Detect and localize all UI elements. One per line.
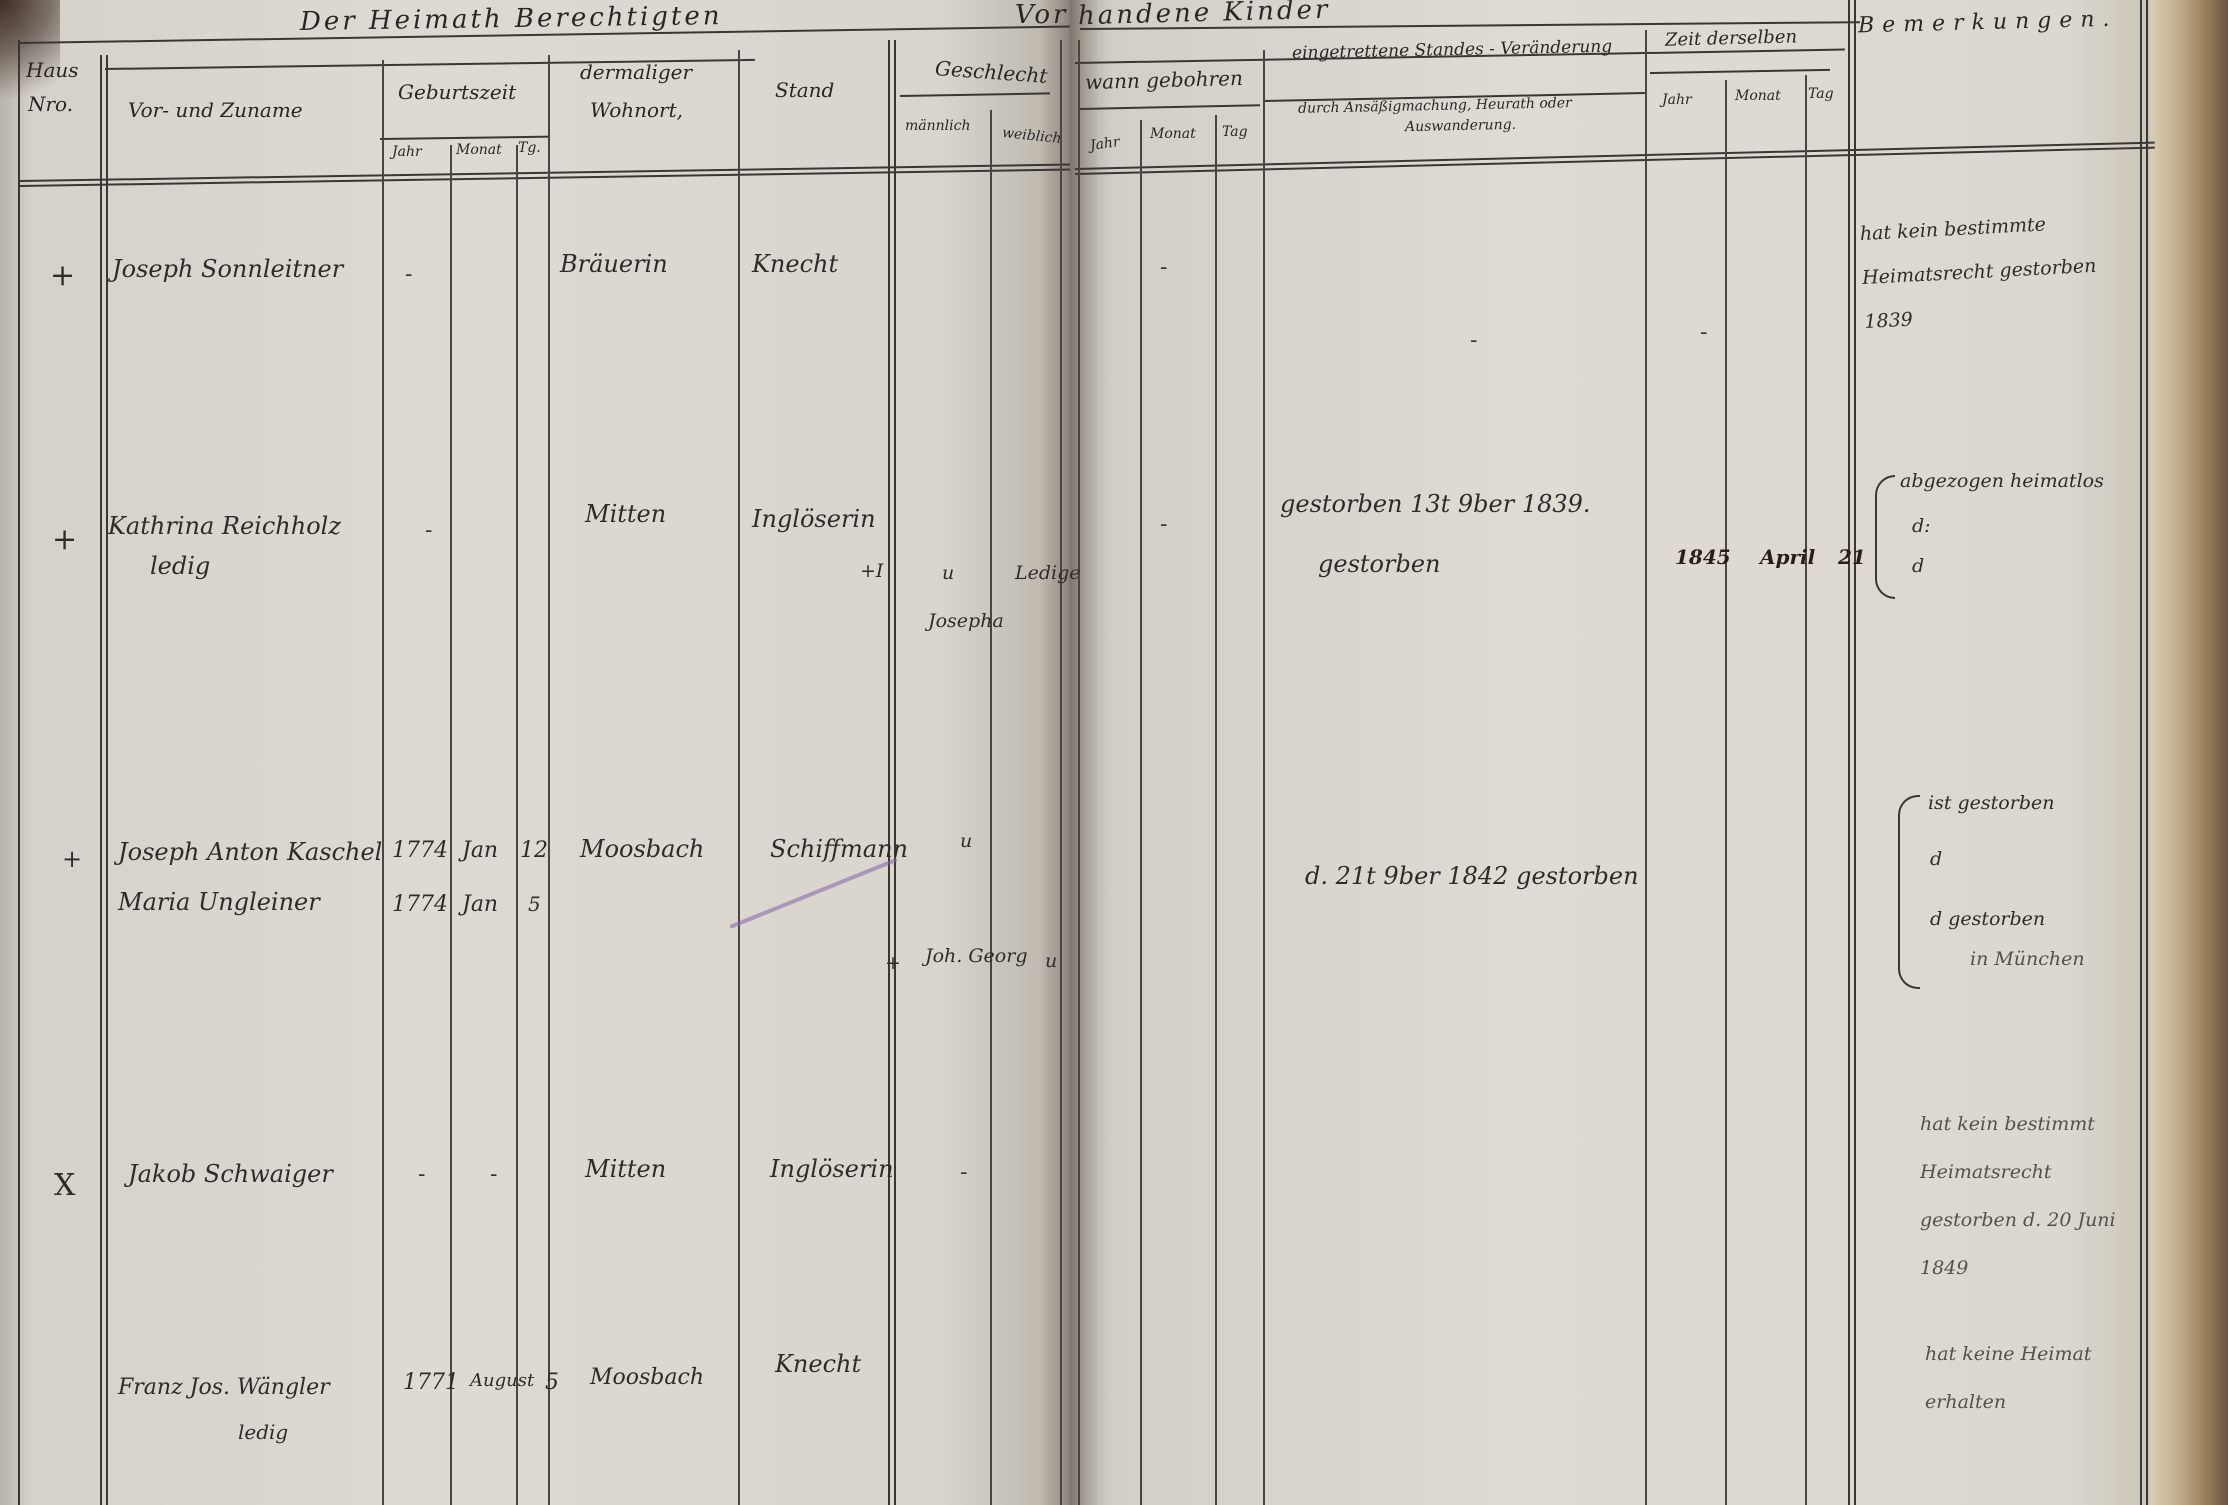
entry-3-birth-year: 1774: [392, 838, 448, 863]
header-birth-year: Jahr: [392, 144, 422, 160]
entry-4-status: Inglöserin: [770, 1155, 894, 1183]
entry-2-child-name: Josepha: [928, 610, 1004, 632]
header-time-day: Tag: [1808, 86, 1834, 102]
col-status-divider: [888, 40, 890, 1505]
entry-2-remarks-line3: d: [1912, 555, 1924, 577]
entry-5-name-line2: ledig: [238, 1420, 288, 1444]
header-time-month: Monat: [1735, 88, 1781, 104]
entry-5-status: Knecht: [775, 1350, 861, 1378]
col-child-month-divider: [1215, 115, 1217, 1505]
header-male: männlich: [905, 118, 970, 134]
header-birth-day: Tg.: [518, 140, 541, 156]
entry-1-name: Joseph Sonnleitner: [112, 255, 343, 283]
entry-2-remarks-brace: [1875, 475, 1895, 599]
header-birth: Geburtszeit: [398, 80, 516, 104]
entry-3-birth-month-2: Jan: [462, 892, 498, 917]
entry-2-mark: +: [52, 522, 77, 557]
entry-3-child-name: Joh. Georg: [925, 945, 1027, 967]
entry-3-birth-year-2: 1774: [392, 892, 448, 917]
register-book: Der Heimath Berechtigten Haus Nro. Vor- …: [0, 0, 2228, 1505]
header-time-same: Zeit derselben: [1665, 26, 1798, 50]
header-status: Stand: [775, 78, 834, 102]
entry-4-remarks: hat kein bestimmt Heimatsrecht gestorben…: [1920, 1100, 2130, 1292]
left-page: [0, 0, 1070, 1505]
header-birth-month: Monat: [456, 142, 502, 158]
col-time-month-divider: [1805, 75, 1807, 1505]
entry-2-remarks-line2: d:: [1912, 515, 1931, 537]
entry-4-birth-year: -: [418, 1162, 425, 1187]
entry-3-remarks-line3: d gestorben: [1930, 908, 2045, 930]
col-birth-month-divider: [516, 145, 518, 1505]
entry-1-residence: Bräuerin: [560, 250, 668, 278]
col-birth-day-divider: [548, 55, 550, 1505]
entry-3-status: Schiffmann: [770, 835, 908, 863]
entry-3-birth-day: 12: [520, 838, 548, 863]
entry-2-time-month: April: [1760, 545, 1815, 569]
book-gutter: [1040, 0, 1100, 1505]
header-haus: Haus: [26, 58, 79, 82]
entry-1-time-year: -: [1700, 320, 1707, 345]
header-residence-2: Wohnort,: [590, 98, 683, 122]
title-vor-fragment: Vor: [1015, 0, 1068, 30]
col-male-divider: [990, 110, 992, 1505]
entry-1-mark: +: [50, 258, 75, 293]
entry-2-name: Kathrina Reichholz: [108, 512, 341, 540]
entry-4-residence: Mitten: [585, 1155, 666, 1183]
entry-4-mark: X: [54, 1168, 75, 1203]
entry-3-remarks-line4: in München: [1970, 948, 2085, 970]
left-inner-border: [1060, 40, 1062, 1505]
entry-5-name: Franz Jos. Wängler: [118, 1375, 330, 1400]
entry-2-remarks: abgezogen heimatlos: [1900, 470, 2104, 492]
col-name-divider: [382, 60, 384, 1505]
entry-3-birth-month: Jan: [462, 838, 498, 863]
entry-2-time-day: 21: [1838, 545, 1866, 569]
entry-3-name: Joseph Anton Kaschel: [118, 838, 382, 866]
entry-1-remarks: hat kein bestimmte Heimatsrecht gestorbe…: [1859, 198, 2136, 344]
entry-2-change-line2: gestorben: [1318, 550, 1440, 578]
entry-5-remarks: hat keine Heimat erhalten: [1925, 1330, 2135, 1426]
header-child-born: wann gebohren: [1085, 66, 1243, 94]
entry-3-child-mark: +: [885, 952, 901, 974]
right-inner-border: [1078, 40, 1080, 1505]
entry-2-child-male: u: [942, 562, 954, 584]
entry-2-child-mark: +I: [860, 560, 883, 582]
title-heimath: Der Heimath Berechtigten: [300, 1, 723, 37]
col-child-day-divider: [1263, 50, 1265, 1505]
col-haus-divider: [100, 55, 102, 1505]
entry-3-residence: Moosbach: [580, 835, 704, 863]
header-name: Vor- und Zuname: [128, 98, 303, 122]
entry-3-name-line2: Maria Ungleiner: [118, 888, 320, 916]
col-time-year-divider: [1725, 80, 1727, 1505]
header-time-year: Jahr: [1662, 92, 1692, 108]
right-outer-border: [2140, 0, 2142, 1505]
book-page-edges: [2150, 0, 2228, 1505]
header-residence-1: dermaliger: [580, 60, 692, 84]
entry-5-birth-day: 5: [545, 1370, 559, 1395]
header-child-month: Monat: [1150, 126, 1196, 142]
entry-2-residence: Mitten: [585, 500, 666, 528]
entry-4-child-male: -: [960, 1160, 967, 1185]
entry-3-child-male: u: [960, 830, 972, 852]
entry-3-child-female: u: [1045, 950, 1057, 972]
left-outer-border: [18, 40, 20, 1505]
entry-1-change: -: [1470, 328, 1477, 353]
entry-5-birth-year: 1771: [403, 1370, 459, 1395]
entry-3-birth-day-2: 5: [528, 892, 541, 916]
entry-5-birth-month: August: [470, 1370, 534, 1391]
header-child-day: Tag: [1222, 124, 1248, 140]
entry-4-birth-month: -: [490, 1162, 497, 1187]
entry-3-remarks-brace: [1898, 795, 1920, 989]
col-change-divider: [1645, 30, 1647, 1505]
col-birth-year-divider: [450, 145, 452, 1505]
entry-2-birth-year: -: [425, 518, 432, 543]
entry-2-child-year: -: [1160, 512, 1167, 537]
entry-2-change: gestorben 13t 9ber 1839.: [1280, 490, 1591, 518]
entry-2-status: Inglöserin: [752, 505, 876, 533]
entry-1-child-year: -: [1160, 255, 1167, 280]
entry-3-remarks: ist gestorben: [1928, 792, 2054, 814]
entry-2-child-female: Ledige: [1015, 562, 1081, 584]
entry-2-name-line2: ledig: [150, 552, 210, 580]
entry-2-time-year: 1845: [1675, 545, 1731, 569]
entry-3-mark: +: [62, 845, 82, 873]
col-time-day-divider: [1848, 0, 1850, 1505]
entry-4-name: Jakob Schwaiger: [128, 1160, 333, 1188]
entry-1-status: Knecht: [752, 250, 838, 278]
header-nro: Nro.: [28, 92, 73, 116]
col-child-year-divider: [1140, 120, 1142, 1505]
entry-1-birth-year: -: [405, 262, 412, 287]
header-change-3: Auswanderung.: [1405, 117, 1516, 135]
entry-3-change: d. 21t 9ber 1842 gestorben: [1305, 862, 1639, 890]
col-residence-divider: [738, 50, 740, 1505]
entry-3-remarks-line2: d: [1930, 848, 1942, 870]
entry-5-residence: Moosbach: [590, 1365, 704, 1390]
